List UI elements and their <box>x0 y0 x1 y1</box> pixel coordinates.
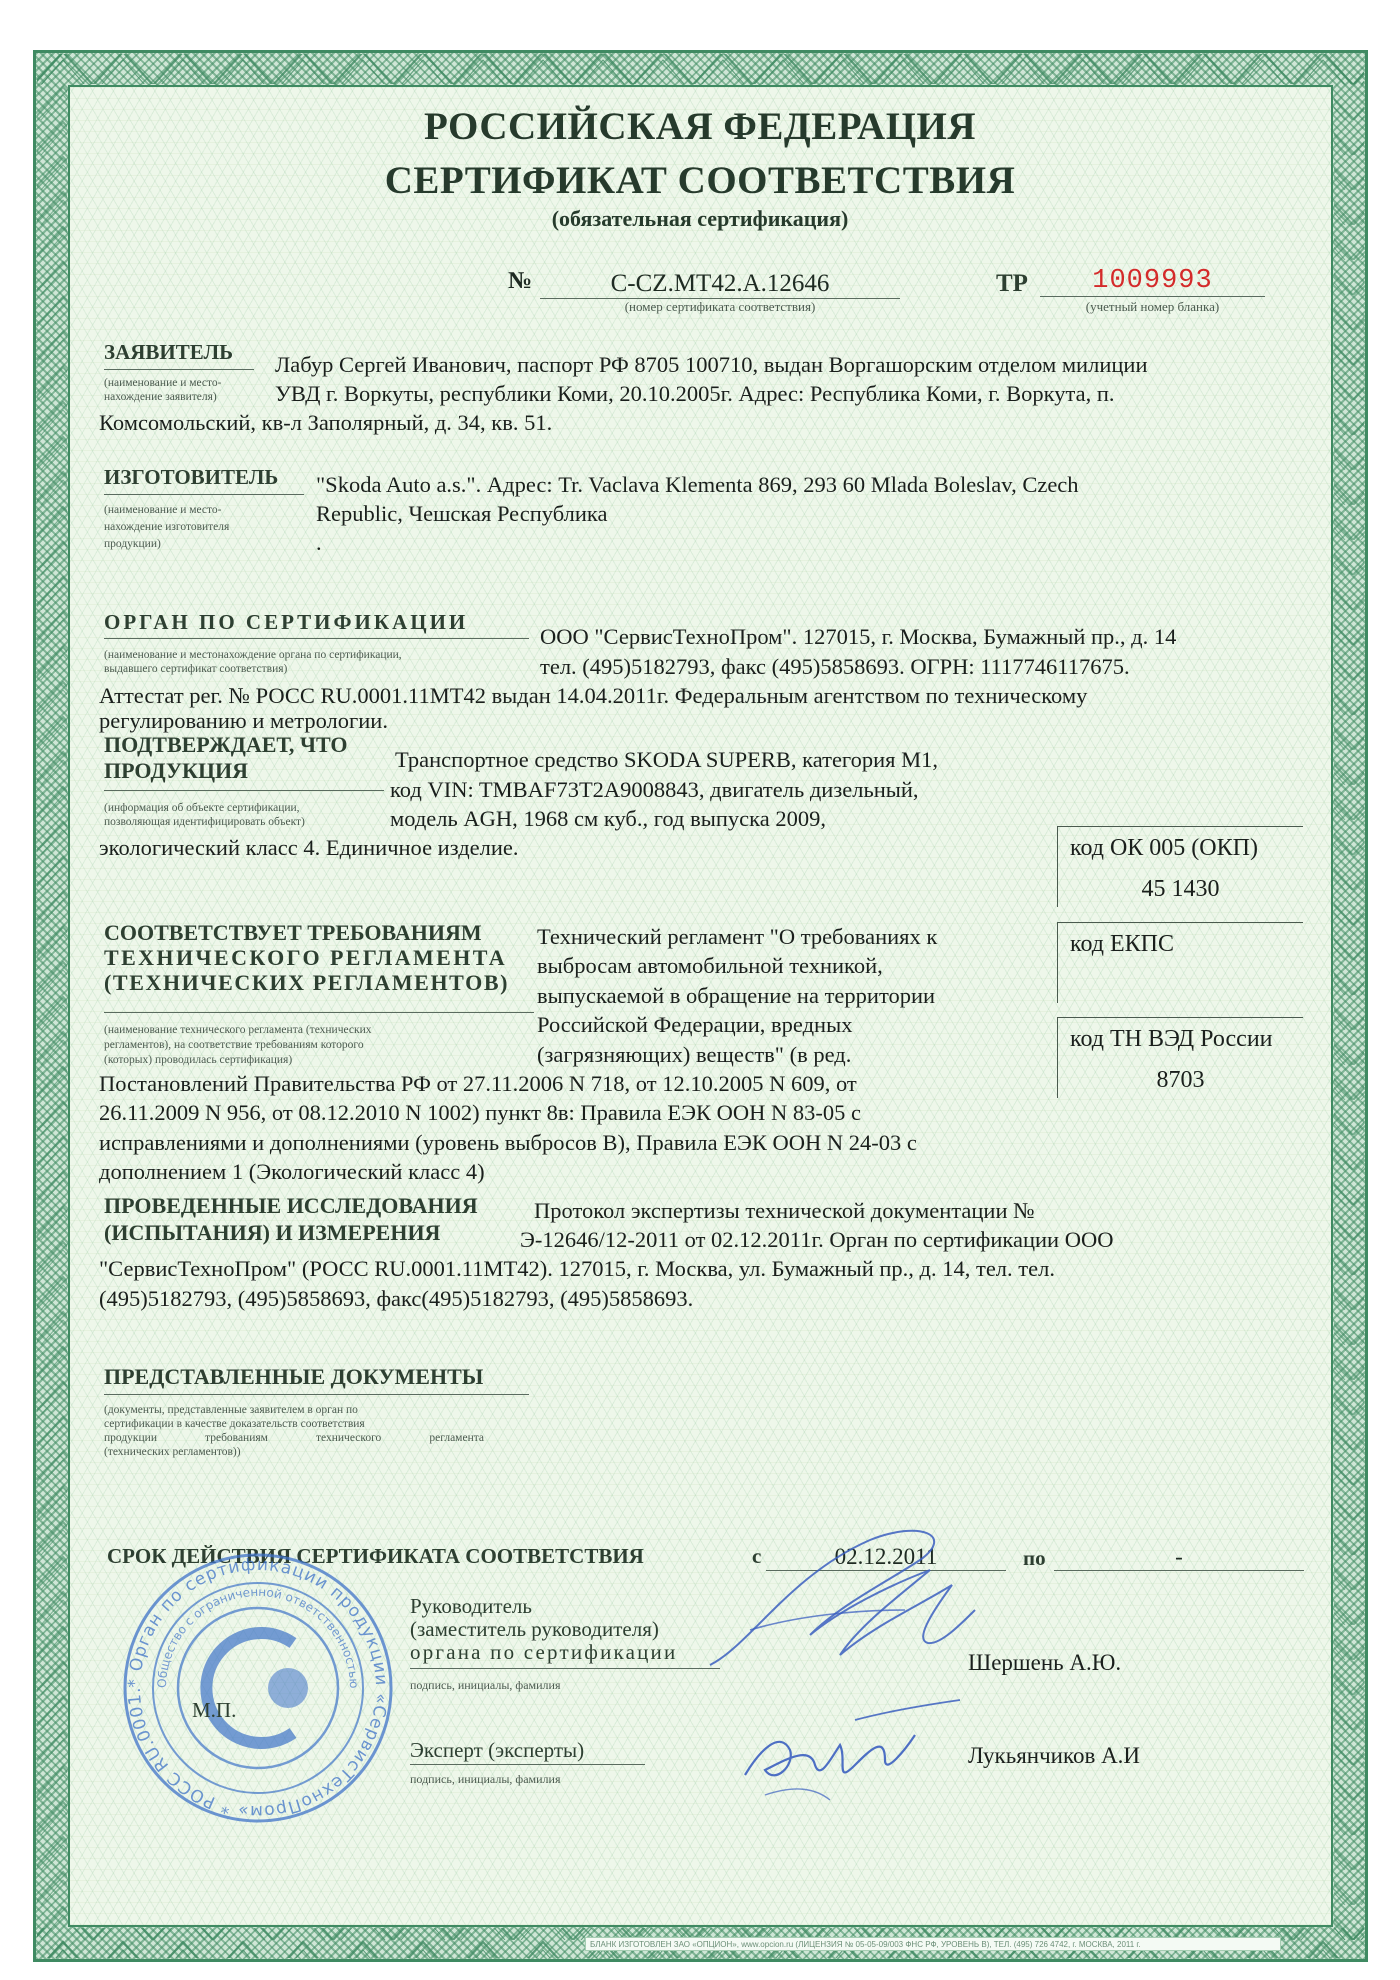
country-heading: РОССИЙСКАЯ ФЕДЕРАЦИЯ <box>0 104 1400 149</box>
regulation-label-line-3: (ТЕХНИЧЕСКИХ РЕГЛАМЕНТОВ) <box>104 970 509 995</box>
regulation-right-line-5: (загрязняющих) веществ" (в ред. <box>537 1040 851 1069</box>
blank-imprint: БЛАНК ИЗГОТОВЛЕН ЗАО «ОПЦИОН», www.opcio… <box>585 1937 1281 1951</box>
regulation-caption-1: (наименование технического регламента (т… <box>104 1023 371 1037</box>
manufacturer-caption-2: нахождение изготовителя <box>104 520 229 534</box>
blank-number-caption: (учетный номер бланка) <box>1040 300 1265 314</box>
documents-caption-4: (технических регламентов)) <box>104 1445 241 1459</box>
head-name: Шершень А.Ю. <box>968 1650 1121 1676</box>
head-title-line-1: Руководитель <box>410 1595 677 1618</box>
product-label-line-2: ПРОДУКЦИЯ <box>104 758 348 784</box>
certificate-number-caption: (номер сертификата соответствия) <box>540 300 900 314</box>
ekps-code-value <box>1058 958 1303 972</box>
certificate-title: СЕРТИФИКАТ СООТВЕТСТВИЯ <box>0 158 1400 203</box>
certification-body-caption-1: (наименование и местонахождение органа п… <box>104 648 402 662</box>
regulation-label-line-2: ТЕХНИЧЕСКОГО РЕГЛАМЕНТА <box>104 945 509 970</box>
head-title-line-3: органа по сертификации <box>410 1641 677 1664</box>
tests-label-line-2: (ИСПЫТАНИЯ) И ИЗМЕРЕНИЯ <box>104 1219 478 1246</box>
okp-code-value: 45 1430 <box>1058 862 1303 903</box>
okp-code-box: код ОК 005 (ОКП) 45 1430 <box>1057 826 1303 907</box>
product-caption-1: (информация об объекте сертификации, <box>104 801 300 815</box>
regulation-label-underline <box>104 1012 534 1013</box>
tests-line-3: "СервисТехноПром" (РОСС RU.0001.11МТ42).… <box>99 1254 1055 1283</box>
documents-label: ПРЕДСТАВЛЕННЫЕ ДОКУМЕНТЫ <box>104 1364 529 1395</box>
certification-body-line-2: тел. (495)5182793, факс (495)5858693. ОГ… <box>540 652 1130 681</box>
validity-to-date: - <box>1054 1544 1304 1571</box>
tests-label-line-1: ПРОВЕДЕННЫЕ ИССЛЕДОВАНИЯ <box>104 1192 478 1219</box>
product-label-line-1: ПОДТВЕРЖДАЕТ, ЧТО <box>104 732 348 758</box>
seal-stamp: * Орган по сертификации продукции «Серви… <box>118 1548 398 1828</box>
head-signature-caption: подпись, инициалы, фамилия <box>410 1678 560 1692</box>
tnved-code-value: 8703 <box>1058 1053 1303 1094</box>
validity-from-date: 02.12.2011 <box>766 1544 1006 1571</box>
regulation-right-line-2: выбросам автомобильной техникой, <box>537 951 883 980</box>
expert-name: Лукьянчиков А.И <box>968 1743 1140 1769</box>
manufacturer-line-1: "Skoda Auto a.s.". Адрес: Tr. Vaclava Kl… <box>316 470 1079 499</box>
regulation-caption-3: (которых) проводилась сертификация) <box>104 1053 292 1067</box>
product-line-3: модель AGH, 1968 см куб., год выпуска 20… <box>390 804 826 833</box>
regulation-line-6: Постановлений Правительства РФ от 27.11.… <box>99 1069 857 1098</box>
tr-label: ТР <box>996 270 1028 298</box>
product-line-4: экологический класс 4. Единичное изделие… <box>99 833 519 862</box>
ekps-code-box: код ЕКПС <box>1057 922 1303 1003</box>
regulation-line-8: исправлениями и дополнениями (уровень вы… <box>99 1128 917 1157</box>
certificate-number: C-CZ.MT42.A.12646 <box>540 270 900 299</box>
manufacturer-line-3: . <box>316 528 322 557</box>
documents-caption-3: продукции требованиям технического регла… <box>104 1431 484 1445</box>
blank-number: 1009993 <box>1040 266 1265 297</box>
documents-caption-1: (документы, представленные заявителем в … <box>104 1403 484 1417</box>
tests-line-1: Протокол экспертизы технической документ… <box>534 1196 1035 1225</box>
tests-line-2: Э-12646/12-2011 от 02.12.2011г. Орган по… <box>520 1225 1113 1254</box>
applicant-line-1: Лабур Сергей Иванович, паспорт РФ 8705 1… <box>275 350 1148 379</box>
applicant-caption-1: (наименование и место- <box>104 376 221 390</box>
regulation-right-line-4: Российской Федерации, вредных <box>537 1010 852 1039</box>
product-line-2: код VIN: TMBAF73T2A9008843, двигатель ди… <box>390 775 919 804</box>
tests-label: ПРОВЕДЕННЫЕ ИССЛЕДОВАНИЯ (ИСПЫТАНИЯ) И И… <box>104 1192 478 1246</box>
product-label: ПОДТВЕРЖДАЕТ, ЧТО ПРОДУКЦИЯ <box>104 732 348 784</box>
certificate-subtitle: (обязательная сертификация) <box>0 206 1400 232</box>
ekps-code-label: код ЕКПС <box>1058 923 1303 958</box>
regulation-right-line-1: Технический регламент "О требованиях к <box>537 922 937 951</box>
manufacturer-line-2: Republic, Чешская Республика <box>316 499 607 528</box>
regulation-caption-2: регламентов), на соответствие требования… <box>104 1038 364 1052</box>
product-caption-2: позволяющая идентифицировать объект) <box>104 815 305 829</box>
head-title: Руководитель (заместитель руководителя) … <box>410 1595 677 1664</box>
head-title-line-2: (заместитель руководителя) <box>410 1618 677 1641</box>
applicant-caption-2: нахождение заявителя) <box>104 390 217 404</box>
number-prefix: № <box>508 268 532 295</box>
expert-signature-line <box>410 1764 645 1765</box>
regulation-right-line-3: выпускаемой в обращение на территории <box>537 981 935 1010</box>
certification-body-line-1: ООО "СервисТехноПром". 127015, г. Москва… <box>540 622 1176 651</box>
tests-line-4: (495)5182793, (495)5858693, факс(495)518… <box>99 1284 693 1313</box>
head-signature-line <box>410 1668 720 1669</box>
manufacturer-caption-3: продукции) <box>104 537 161 551</box>
regulation-label: СООТВЕТСТВУЕТ ТРЕБОВАНИЯМ ТЕХНИЧЕСКОГО Р… <box>104 920 509 995</box>
expert-title: Эксперт (эксперты) <box>410 1738 584 1763</box>
product-label-underline <box>104 790 384 791</box>
tnved-code-label: код ТН ВЭД России <box>1058 1018 1303 1053</box>
certification-body-label: ОРГАН ПО СЕРТИФИКАЦИИ <box>104 610 529 639</box>
validity-to-prefix: по <box>1023 1546 1046 1571</box>
certification-body-caption-2: выдавшего сертификат соответствия) <box>104 662 287 676</box>
regulation-label-line-1: СООТВЕТСТВУЕТ ТРЕБОВАНИЯМ <box>104 920 509 945</box>
certification-body-line-4: регулированию и метрологии. <box>99 706 388 735</box>
manufacturer-label: ИЗГОТОВИТЕЛЬ <box>104 465 304 495</box>
tnved-code-box: код ТН ВЭД России 8703 <box>1057 1017 1303 1098</box>
okp-code-label: код ОК 005 (ОКП) <box>1058 827 1303 862</box>
product-line-1: Транспортное средство SKODA SUPERB, кате… <box>395 745 938 774</box>
expert-signature-caption: подпись, инициалы, фамилия <box>410 1772 560 1786</box>
documents-caption-2: сертификации в качестве доказательств со… <box>104 1417 365 1431</box>
applicant-label: ЗАЯВИТЕЛЬ <box>104 340 254 370</box>
blank-number-value: 1009993 <box>1092 266 1212 296</box>
seal-label: М.П. <box>192 1698 236 1723</box>
manufacturer-caption-1: (наименование и место- <box>104 503 221 517</box>
regulation-line-9: дополнением 1 (Экологический класс 4) <box>99 1157 485 1186</box>
applicant-line-3: Комсомольский, кв-л Заполярный, д. 34, к… <box>99 408 552 437</box>
regulation-line-7: 26.11.2009 N 956, от 08.12.2010 N 1002) … <box>99 1098 861 1127</box>
validity-from-prefix: с <box>752 1544 761 1569</box>
applicant-line-2: УВД г. Воркуты, республики Коми, 20.10.2… <box>275 379 1115 408</box>
